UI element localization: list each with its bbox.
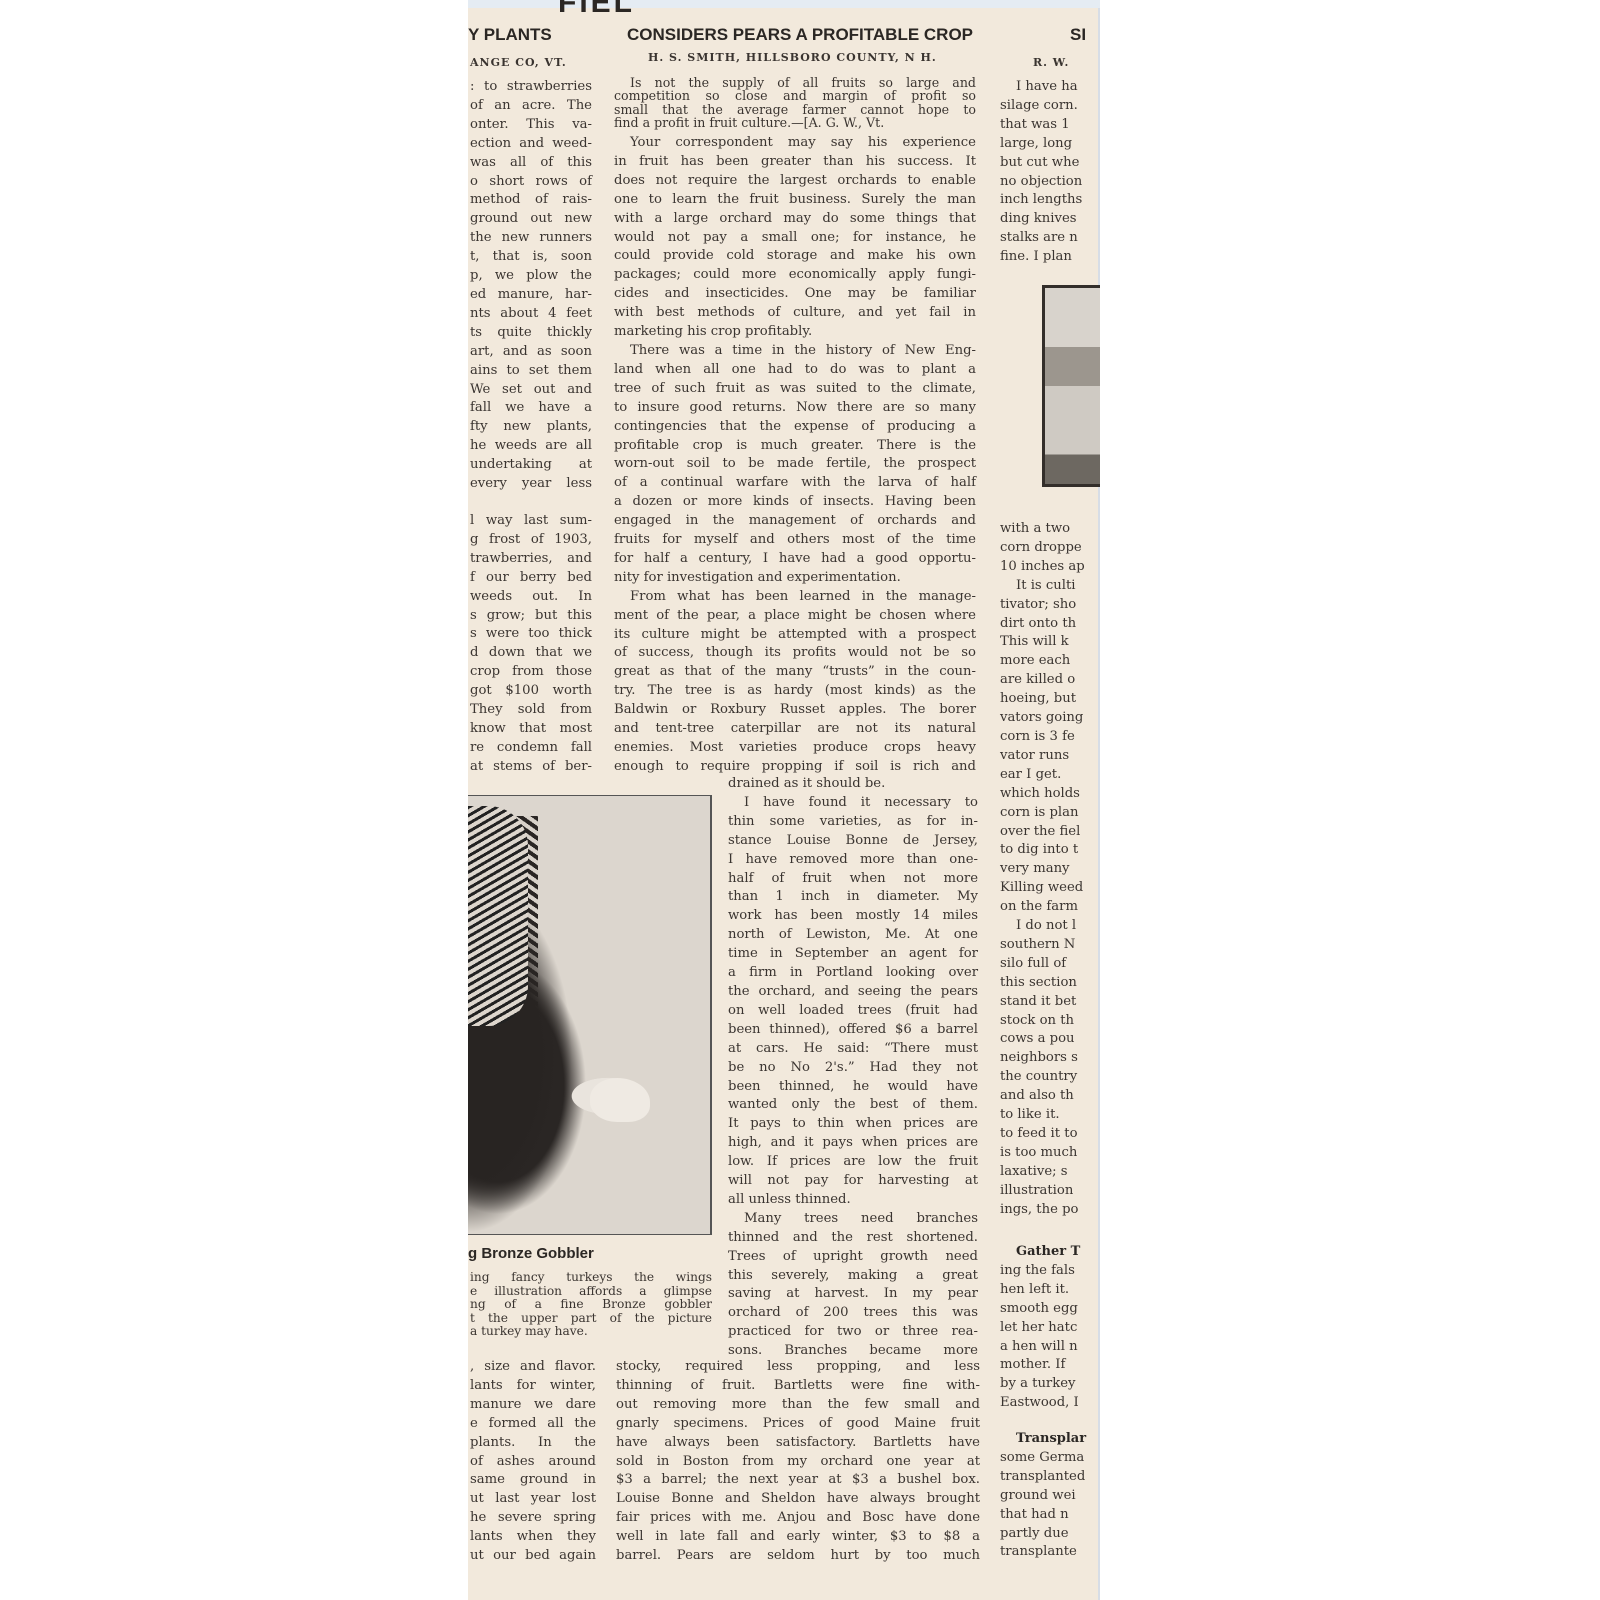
text-line: Is not the supply of all fruits so large… <box>614 76 976 89</box>
turkey-wing-feathers <box>468 806 528 1026</box>
text-line: nts about 4 feet <box>470 305 592 324</box>
text-line: the new runners <box>470 229 592 248</box>
text-line: thin some varieties, as for in- <box>728 813 978 832</box>
text-line: ains to set them <box>470 362 592 381</box>
text-line: contingencies that the expense of produc… <box>614 418 976 437</box>
top-banner-fragment-left: FIEL <box>558 0 635 20</box>
river-landscape-photo <box>1042 285 1105 487</box>
text-line: fair prices with me. Anjou and Bosc have… <box>616 1509 980 1528</box>
text-line: ut our bed again <box>470 1547 596 1566</box>
text-line: know that most <box>470 720 592 739</box>
text-line: re condemn fall <box>470 739 592 758</box>
article-body-wide: Your correspondent may say his experienc… <box>614 134 976 777</box>
text-line: e illustration affords a glimpse <box>470 1285 712 1299</box>
text-line: with best methods of culture, and yet fa… <box>614 304 976 323</box>
text-line: engaged in the management of orchards an… <box>614 512 976 531</box>
text-line: Your correspondent may say his experienc… <box>614 134 976 153</box>
text-line: profitable crop is much greater. There i… <box>614 437 976 456</box>
text-line: thinning of fruit. Bartletts were fine w… <box>616 1377 980 1396</box>
text-line: ground out new <box>470 210 592 229</box>
text-line: he severe spring <box>470 1509 596 1528</box>
text-line: ing fancy turkeys the wings <box>470 1271 712 1285</box>
text-line: They sold from <box>470 701 592 720</box>
text-line: I have removed more than one- <box>728 851 978 870</box>
text-line: ment of the pear, a place might be chose… <box>614 607 976 626</box>
text-line: marketing his crop profitably. <box>614 323 976 342</box>
photo-caption-title: g Bronze Gobbler <box>468 1245 594 1262</box>
text-line: out removing more than the few small and <box>616 1396 980 1415</box>
text-line: north of Lewiston, Me. At one <box>728 926 978 945</box>
text-line: practiced for two or three rea- <box>728 1323 978 1342</box>
text-line: trawberries, and <box>470 550 592 569</box>
bronze-gobbler-photo <box>468 795 712 1235</box>
text-line: There was a time in the history of New E… <box>614 342 976 361</box>
text-line: of success, though its profits would not… <box>614 644 976 663</box>
text-line: was all of this <box>470 154 592 173</box>
text-line: orchard of 200 trees this was <box>728 1304 978 1323</box>
text-line: From what has been learned in the manage… <box>614 588 976 607</box>
text-line: tree of such fruit as was suited to the … <box>614 380 976 399</box>
text-line: land when all one had to do was to plant… <box>614 361 976 380</box>
text-line: ng of a fine Bronze gobbler <box>470 1298 712 1312</box>
text-line: $3 a barrel; the next year at $3 a bushe… <box>616 1471 980 1490</box>
text-line: time in September an agent for <box>728 945 978 964</box>
text-line: saving at harvest. In my pear <box>728 1285 978 1304</box>
text-line: wanted only the best of them. <box>728 1096 978 1115</box>
text-line: We set out and <box>470 381 592 400</box>
text-line: find a profit in fruit culture.—[A. G. W… <box>614 116 976 129</box>
text-line: Baldwin or Roxbury Russet apples. The bo… <box>614 701 976 720</box>
text-line: thinned and the rest shortened. <box>728 1229 978 1248</box>
article-intro-letter: Is not the supply of all fruits so large… <box>614 76 976 130</box>
text-line: a firm in Portland looking over <box>728 964 978 983</box>
text-line: for half a century, I have had a good op… <box>614 550 976 569</box>
text-line: lants when they <box>470 1528 596 1547</box>
text-line: with a large orchard may do some things … <box>614 210 976 229</box>
text-line: art, and as soon <box>470 343 592 362</box>
text-line: : to strawberries <box>470 78 592 97</box>
article-body-bottom: stocky, required less propping, and less… <box>616 1358 980 1566</box>
text-line: half of fruit when not more <box>728 870 978 889</box>
text-line: of an acre. The <box>470 97 592 116</box>
text-line: be no No 2's.” Had they not <box>728 1059 978 1078</box>
left-column-text-top: : to strawberriesof an acre. Theonter. T… <box>470 78 592 494</box>
text-line: f our berry bed <box>470 569 592 588</box>
text-line: nity for investigation and experimentati… <box>614 569 976 588</box>
text-line: method of rais- <box>470 191 592 210</box>
article-byline: H. S. SMITH, HILLSBORO COUNTY, N H. <box>648 51 937 64</box>
text-line: cides and insecticides. One may be famil… <box>614 285 976 304</box>
text-line: It pays to thin when prices are <box>728 1115 978 1134</box>
text-line: at stems of ber- <box>470 758 592 777</box>
text-line: t, that is, soon <box>470 248 592 267</box>
text-line: Louise Bonne and Sheldon have always bro… <box>616 1490 980 1509</box>
text-line: he weeds are all <box>470 437 592 456</box>
text-line: well in late fall and early winter, $3 t… <box>616 1528 980 1547</box>
text-line: drained as it should be. <box>728 775 978 794</box>
right-column-byline: R. W. <box>1033 56 1069 69</box>
text-line: in fruit has been greater than his succe… <box>614 153 976 172</box>
text-line: try. The tree is as hardy (most kinds) a… <box>614 682 976 701</box>
text-line: Trees of upright growth need <box>728 1248 978 1267</box>
text-line: would not pay a small one; for instance,… <box>614 229 976 248</box>
left-column-text-bottom: , size and flavor.lants for winter,manur… <box>470 1358 596 1566</box>
text-line: p, we plow the <box>470 267 592 286</box>
right-column-headline: SI <box>1070 25 1086 45</box>
text-line: high, and it pays when prices are <box>728 1134 978 1153</box>
text-line: d down that we <box>470 644 592 663</box>
text-line: lants for winter, <box>470 1377 596 1396</box>
text-line: ection and weed- <box>470 135 592 154</box>
page-left-margin <box>0 0 468 1600</box>
text-line: weeds out. In <box>470 588 592 607</box>
text-line: the orchard, and seeing the pears <box>728 983 978 1002</box>
photo-caption-text: ing fancy turkeys the wingse illustratio… <box>470 1271 712 1339</box>
text-line: work has been mostly 14 miles <box>728 907 978 926</box>
text-line: every year less <box>470 475 592 494</box>
text-line: s grow; but this <box>470 607 592 626</box>
text-line: have always been satisfactory. Bartletts… <box>616 1434 980 1453</box>
text-line: t the upper part of the picture <box>470 1312 712 1326</box>
text-line: fty new plants, <box>470 418 592 437</box>
text-line: I have found it necessary to <box>728 794 978 813</box>
text-line: fruits for myself and others most of the… <box>614 531 976 550</box>
text-line: competition so close and margin of profi… <box>614 89 976 102</box>
text-line: its culture might be attempted with a pr… <box>614 626 976 645</box>
text-line: fall we have a <box>470 399 592 418</box>
text-line: worn-out soil to be made fertile, the pr… <box>614 455 976 474</box>
text-line: plants. In the <box>470 1434 596 1453</box>
text-line: been thinned, he would have <box>728 1078 978 1097</box>
text-line: and tent-tree caterpillar are not its na… <box>614 720 976 739</box>
text-line: gnarly specimens. Prices of good Maine f… <box>616 1415 980 1434</box>
text-line: o short rows of <box>470 173 592 192</box>
text-line: stocky, required less propping, and less <box>616 1358 980 1377</box>
text-line: stance Louise Bonne de Jersey, <box>728 832 978 851</box>
left-column-headline: Y PLANTS <box>468 25 552 45</box>
text-line: manure we dare <box>470 1396 596 1415</box>
text-line: one to learn the fruit business. Surely … <box>614 191 976 210</box>
text-line: l way last sum- <box>470 512 592 531</box>
text-line: this severely, making a great <box>728 1267 978 1286</box>
text-line: packages; could more economically apply … <box>614 266 976 285</box>
article-headline: CONSIDERS PEARS A PROFITABLE CROP <box>627 25 973 45</box>
text-line: to insure good returns. Now there are so… <box>614 399 976 418</box>
turkey-head <box>590 1078 650 1122</box>
text-line: ts quite thickly <box>470 324 592 343</box>
text-line: all unless thinned. <box>728 1191 978 1210</box>
text-line: could provide cold storage and make his … <box>614 247 976 266</box>
text-line: onter. This va- <box>470 116 592 135</box>
text-line: enough to require propping if soil is ri… <box>614 758 976 777</box>
text-line: will not pay for harvesting at <box>728 1172 978 1191</box>
text-line: of a continual warfare with the larva of… <box>614 474 976 493</box>
text-line: e formed all the <box>470 1415 596 1434</box>
text-line: crop from those <box>470 663 592 682</box>
left-column-byline: ANGE CO, VT. <box>470 56 567 69</box>
text-line: a dozen or more kinds of insects. Having… <box>614 493 976 512</box>
text-line: enemies. Most varieties produce crops he… <box>614 739 976 758</box>
page-right-margin <box>1100 0 1600 1600</box>
text-line: undertaking at <box>470 456 592 475</box>
article-body-narrow: drained as it should be.I have found it … <box>728 775 978 1361</box>
text-line: does not require the largest orchards to… <box>614 172 976 191</box>
text-line: sold in Boston from my orchard one year … <box>616 1453 980 1472</box>
text-line: low. If prices are low the fruit <box>728 1153 978 1172</box>
text-line: barrel. Pears are seldom hurt by too muc… <box>616 1547 980 1566</box>
text-line: got $100 worth <box>470 682 592 701</box>
text-line: at cars. He said: “There must <box>728 1040 978 1059</box>
text-line: s were too thick <box>470 625 592 644</box>
text-line: ed manure, har- <box>470 286 592 305</box>
text-line: than 1 inch in diameter. My <box>728 888 978 907</box>
text-line: small that the average farmer cannot hop… <box>614 103 976 116</box>
text-line: a turkey may have. <box>470 1325 712 1339</box>
text-line: same ground in <box>470 1471 596 1490</box>
text-line: been thinned), offered $6 a barrel <box>728 1021 978 1040</box>
text-line: , size and flavor. <box>470 1358 596 1377</box>
text-line: g frost of 1903, <box>470 531 592 550</box>
text-line: great as that of the many “trusts” in th… <box>614 663 976 682</box>
text-line: of ashes around <box>470 1453 596 1472</box>
text-line: on well loaded trees (fruit had <box>728 1002 978 1021</box>
left-column-text-middle: l way last sum-g frost of 1903,trawberri… <box>470 512 592 777</box>
text-line: ut last year lost <box>470 1490 596 1509</box>
text-line: Many trees need branches <box>728 1210 978 1229</box>
